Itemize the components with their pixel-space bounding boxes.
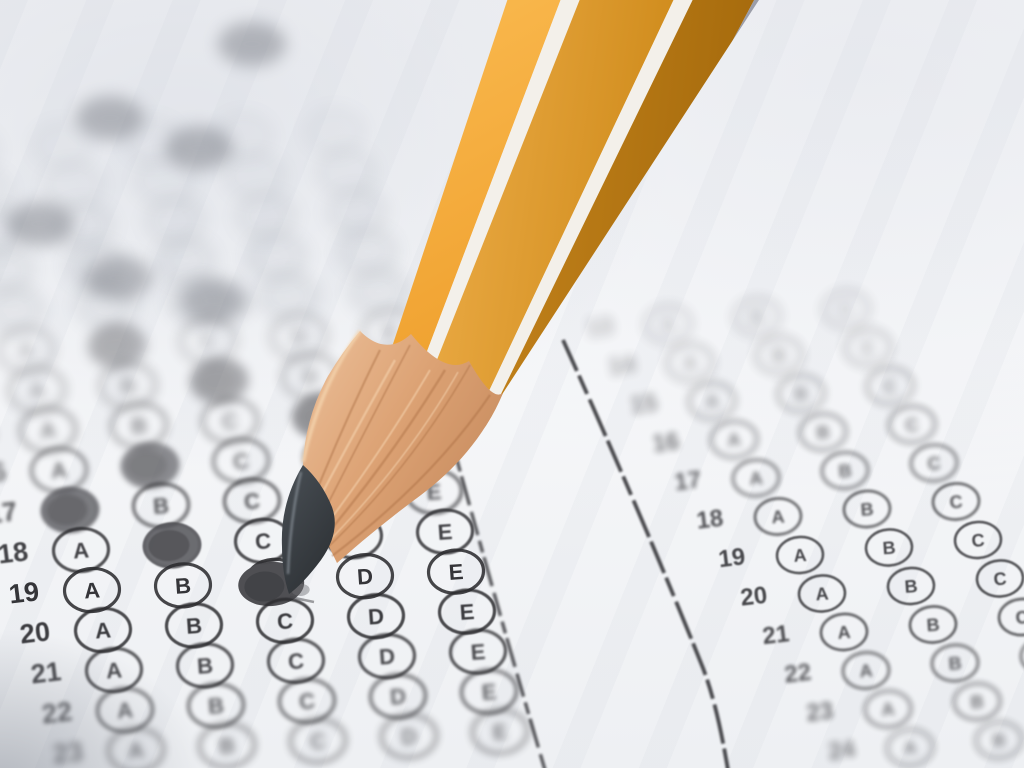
- svg-text:B: B: [970, 692, 984, 713]
- svg-text:E: E: [448, 559, 464, 585]
- svg-text:B: B: [218, 733, 236, 759]
- bubble-C: C: [998, 597, 1024, 636]
- bubble-B: B: [187, 682, 245, 729]
- svg-text:B: B: [860, 499, 874, 520]
- bubble-B: B: [865, 528, 913, 567]
- question-number: 20: [18, 616, 51, 649]
- svg-text:B: B: [750, 307, 764, 328]
- question-number: 16: [651, 428, 681, 458]
- answer-row-21: 21ABC: [761, 597, 1024, 651]
- bubble-C: C: [866, 366, 914, 405]
- bubble-B: B: [909, 605, 957, 644]
- bubble-B: B: [887, 566, 935, 605]
- blurred-bubble-field: [0, 22, 407, 332]
- question-number: 22: [783, 659, 813, 689]
- svg-text:A: A: [50, 457, 68, 483]
- bubble-A: A: [710, 420, 758, 459]
- svg-text:C: C: [927, 453, 941, 474]
- svg-text:C: C: [971, 530, 985, 551]
- bubble-A: A: [74, 607, 132, 654]
- blurred-filled-bubble: [84, 256, 152, 300]
- bubble-B: B: [132, 482, 190, 529]
- bubble-C: C: [267, 637, 325, 684]
- svg-text:A: A: [105, 657, 123, 683]
- svg-text:A: A: [17, 337, 35, 363]
- question-number: 16: [0, 456, 8, 489]
- svg-text:A: A: [705, 391, 719, 412]
- scantron-scene: 13ACDE14ABDE15ABCE16ACDE17BCDE18ACDE19AB…: [0, 0, 1024, 768]
- bubble-A: A: [0, 327, 55, 374]
- question-number: 17: [0, 496, 19, 529]
- bubble-D: D: [369, 673, 427, 720]
- answer-row-22: 22ABC: [783, 636, 1024, 690]
- svg-text:E: E: [492, 719, 508, 745]
- svg-text:C: C: [287, 648, 305, 674]
- bubble-A: A: [96, 687, 154, 734]
- bubble-B: B: [931, 643, 979, 682]
- svg-text:D: D: [356, 564, 374, 590]
- bubble-B: B: [843, 489, 891, 528]
- blurred-filled-bubble: [218, 22, 286, 66]
- svg-text:C: C: [309, 728, 327, 754]
- bubble-E: E: [460, 668, 518, 715]
- bubble-A: A: [8, 367, 66, 414]
- svg-text:C: C: [1015, 607, 1024, 628]
- answer-row-24: 24AB: [827, 720, 1023, 767]
- svg-text:A: A: [749, 468, 763, 489]
- svg-text:E: E: [481, 679, 497, 705]
- svg-text:B: B: [152, 493, 170, 519]
- question-number: 23: [51, 736, 84, 768]
- blurred-filled-bubble: [180, 279, 248, 323]
- svg-text:A: A: [127, 737, 145, 763]
- svg-text:C: C: [221, 408, 239, 434]
- question-number: 22: [40, 696, 73, 729]
- bubble-A: A: [52, 527, 110, 574]
- bubble-B: B: [953, 682, 1001, 721]
- svg-text:A: A: [83, 577, 101, 603]
- question-number: 17: [673, 466, 703, 496]
- bubble-C: C: [212, 437, 270, 484]
- svg-text:D: D: [389, 684, 407, 710]
- bubble-B: B: [110, 402, 168, 449]
- svg-text:B: B: [207, 693, 225, 719]
- bubble-A: A: [688, 381, 736, 420]
- bubble-C: C: [1020, 636, 1024, 675]
- svg-text:B: B: [948, 653, 962, 674]
- bubble-C: C: [844, 328, 892, 367]
- bubble-B: B: [733, 297, 781, 336]
- answer-row-13: 13ABC: [585, 289, 870, 343]
- svg-text:C: C: [276, 608, 294, 634]
- bubble-A: A: [85, 647, 143, 694]
- bubble-A: A: [776, 535, 824, 574]
- svg-text:B: B: [992, 730, 1006, 751]
- bubble-C: C: [822, 289, 870, 328]
- bubble-B: B: [154, 562, 212, 609]
- svg-text:D: D: [367, 604, 385, 630]
- bubble-B: B: [198, 722, 256, 768]
- bubble-B: B: [799, 412, 847, 451]
- bubble-D: D: [380, 713, 438, 760]
- question-number: 21: [761, 620, 791, 650]
- svg-text:B: B: [926, 615, 940, 636]
- bubble-A: A: [107, 727, 165, 768]
- blurred-filled-bubble: [6, 202, 74, 246]
- bubble-A: A: [19, 407, 77, 454]
- svg-text:B: B: [904, 576, 918, 597]
- bubble-C: C: [223, 477, 281, 524]
- bubble-A: [39, 485, 101, 534]
- question-number: 23: [805, 697, 835, 727]
- svg-text:A: A: [94, 617, 112, 643]
- photo-scantron-pencil: 13ACDE14ABDE15ABCE16ACDE17BCDE18ACDE19AB…: [0, 0, 1024, 768]
- bubble-A: A: [30, 447, 88, 494]
- svg-text:B: B: [185, 613, 203, 639]
- blurred-filled-bubble: [76, 96, 144, 140]
- bubble-D: D: [358, 633, 416, 680]
- svg-text:E: E: [437, 519, 453, 545]
- bubble-C: C: [976, 559, 1024, 598]
- svg-text:C: C: [243, 488, 261, 514]
- bubble-E: E: [438, 588, 496, 635]
- svg-text:A: A: [793, 545, 807, 566]
- svg-text:B: B: [794, 384, 808, 405]
- bubble-A: A: [798, 574, 846, 613]
- svg-text:C: C: [883, 376, 897, 397]
- svg-text:A: A: [859, 661, 873, 682]
- svg-text:C: C: [949, 492, 963, 513]
- bubble-B: [86, 321, 148, 370]
- bubble-B: B: [975, 720, 1023, 759]
- bubble-B: [141, 521, 203, 570]
- bubble-C: C: [954, 520, 1002, 559]
- question-number: 18: [0, 536, 30, 569]
- bubble-C: C: [289, 717, 347, 764]
- svg-text:A: A: [39, 417, 57, 443]
- bubble-A: A: [886, 728, 934, 767]
- answer-row-23: 23AB: [805, 682, 1001, 729]
- bubble-B: B: [99, 362, 157, 409]
- bubble-B: B: [176, 642, 234, 689]
- bubble-D: D: [270, 313, 328, 360]
- question-number: 21: [29, 656, 62, 689]
- bubble-B: B: [165, 602, 223, 649]
- bubble-C: C: [888, 405, 936, 444]
- svg-text:A: A: [815, 584, 829, 605]
- svg-text:B: B: [174, 573, 192, 599]
- bubble-B: B: [821, 451, 869, 490]
- question-number: 13: [585, 312, 615, 342]
- blurred-filled-bubble: [165, 126, 233, 170]
- svg-text:E: E: [470, 639, 486, 665]
- question-number: 18: [695, 505, 725, 535]
- svg-text:D: D: [301, 364, 319, 390]
- svg-text:A: A: [72, 537, 90, 563]
- bubble-E: E: [416, 508, 474, 555]
- svg-text:C: C: [232, 448, 250, 474]
- svg-text:C: C: [839, 299, 853, 320]
- svg-text:E: E: [459, 599, 475, 625]
- svg-text:A: A: [727, 430, 741, 451]
- svg-text:A: A: [881, 699, 895, 720]
- bubble-A: A: [63, 567, 121, 614]
- bubble-A: A: [732, 458, 780, 497]
- bubble-D: D: [336, 553, 394, 600]
- bubble-E: E: [449, 628, 507, 675]
- bubble-C: C: [201, 397, 259, 444]
- question-number: 20: [739, 582, 769, 612]
- svg-text:A: A: [683, 353, 697, 374]
- bubble-B: [119, 441, 181, 490]
- answer-column-right: 13ABC14ABC15ABC16ABC17ABC18ABC19ABC20ABC…: [585, 289, 1024, 767]
- svg-text:A: A: [903, 738, 917, 759]
- svg-text:D: D: [400, 724, 418, 750]
- svg-text:D: D: [378, 644, 396, 670]
- question-number: 19: [7, 576, 40, 609]
- svg-text:C: C: [905, 415, 919, 436]
- question-number: 14: [607, 351, 637, 381]
- svg-text:B: B: [816, 422, 830, 443]
- svg-text:C: C: [861, 338, 875, 359]
- question-number: 19: [717, 543, 747, 573]
- bubble-A: A: [864, 689, 912, 728]
- bubble-A: A: [842, 651, 890, 690]
- svg-text:B: B: [119, 373, 137, 399]
- svg-text:D: D: [290, 324, 308, 350]
- question-number: 15: [629, 389, 659, 419]
- bubble-B: B: [777, 374, 825, 413]
- bubble-C: C: [910, 443, 958, 482]
- bubble-B: B: [755, 335, 803, 374]
- svg-text:A: A: [116, 697, 134, 723]
- bubble-A: A: [754, 497, 802, 536]
- question-number: 24: [827, 736, 857, 766]
- bubble-E: E: [427, 548, 485, 595]
- bubble-A: A: [666, 343, 714, 382]
- svg-text:C: C: [993, 569, 1007, 590]
- bubble-C: C: [278, 677, 336, 724]
- svg-text:B: B: [882, 538, 896, 559]
- svg-text:B: B: [838, 461, 852, 482]
- svg-text:C: C: [254, 528, 272, 554]
- bubble-C: C: [179, 317, 237, 364]
- bubble-A: A: [644, 304, 692, 343]
- svg-text:C: C: [199, 328, 217, 354]
- svg-text:C: C: [298, 688, 316, 714]
- svg-text:A: A: [771, 507, 785, 528]
- svg-text:B: B: [196, 653, 214, 679]
- bubble-C: [188, 356, 250, 405]
- svg-text:A: A: [837, 622, 851, 643]
- bubble-A: A: [820, 612, 868, 651]
- svg-text:B: B: [772, 345, 786, 366]
- svg-text:A: A: [661, 314, 675, 335]
- svg-text:A: A: [28, 377, 46, 403]
- bubble-E: E: [471, 708, 529, 755]
- bubble-C: C: [932, 482, 980, 521]
- svg-text:B: B: [130, 413, 148, 439]
- bubble-D: D: [347, 593, 405, 640]
